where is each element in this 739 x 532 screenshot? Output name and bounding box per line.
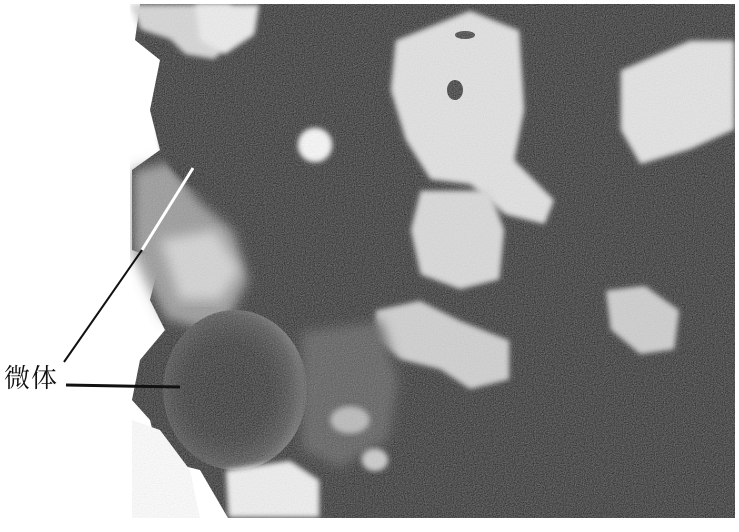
micrograph-figure: 微体 [0, 0, 739, 532]
micrograph-image [0, 0, 739, 532]
pointer-line-upper-black [64, 250, 142, 362]
pointer-line-lower [66, 385, 180, 387]
microbody-label: 微体 [4, 358, 58, 395]
photo-region [130, 4, 735, 518]
